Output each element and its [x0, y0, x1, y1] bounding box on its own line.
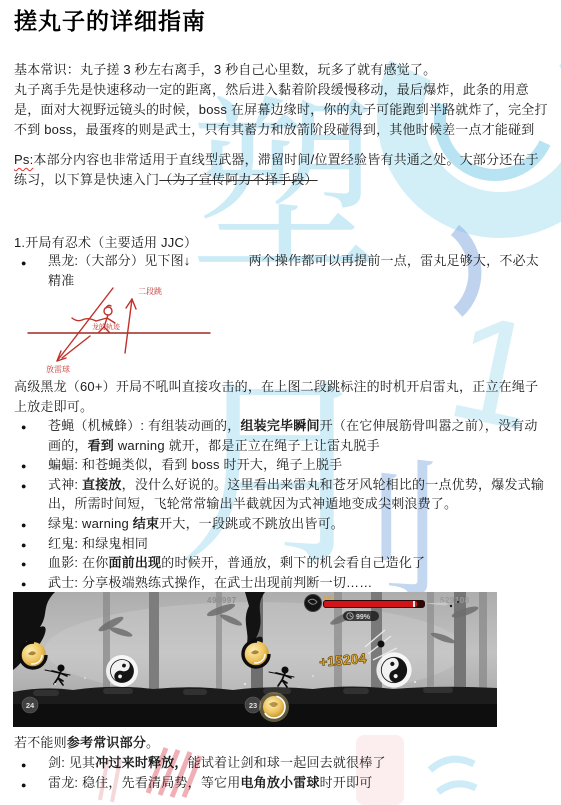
- list-item-text: 雷龙: 稳住，先看清局势，等它用电角放小雷球时开即可: [48, 775, 372, 790]
- paragraph-advanced-heilong: 高级黑龙（60+）开局不吼叫直接攻击的，在上图二段跳标注的时机开启雷丸，正立在绳…: [14, 377, 548, 417]
- list-item-jian: ●剑: 见其冲过来时释放，能试着让剑和球一起回去就很棒了: [14, 753, 548, 773]
- list-item-text: 式神: 直接放，没什么好说的。这里看出来雷丸和苍牙风轮相比的一点优势，爆发式输出…: [48, 477, 544, 512]
- list-item-text: 绿鬼: warning 结束开大，一段跳或不跳放出皆可。: [48, 516, 344, 531]
- list-item-cangying: ●苍蝇（机械蜂）: 有组装动画的，组装完毕瞬间开（在它伸展筋骨叫嚣之前），没有动…: [14, 416, 548, 455]
- outro-bullet-list: ●剑: 见其冲过来时释放，能试着让剑和球一起回去就很棒了 ●雷龙: 稳住，先看清…: [14, 753, 548, 793]
- combo-badge-left: 24: [22, 697, 38, 713]
- paragraph-ball-behavior: 丸子离手先是快速移动一定的距离，然后进入黏着阶段缓慢移动，最后爆炸，此条的用意是…: [14, 80, 548, 140]
- boss-level-label: Lv5: [324, 595, 333, 601]
- boss-hp-percent: 99%: [356, 614, 371, 621]
- list-item-text: 血影: 在你面前出现的时候开，普通放，剩下的机会看自己造化了: [48, 555, 425, 570]
- section-heading-ninjutsu: 1.开局有忍术（主要适用 JJC）: [14, 233, 548, 253]
- list-item-text: 苍蝇（机械蜂）: 有组装动画的，组装完毕瞬间开（在它伸展筋骨叫嚣之前），没有动画…: [48, 418, 538, 453]
- list-item-honggui: ●红鬼: 和绿鬼相同: [14, 534, 548, 554]
- list-item-leilong: ●雷龙: 稳住，先看清局势，等它用电角放小雷球时开即可: [14, 773, 548, 793]
- boss-avatar: [305, 595, 322, 612]
- label-dragon-path: 龙的轨迹: [92, 322, 121, 331]
- list-item-text: 剑: 见其冲过来时释放，能试着让剑和球一起回去就很棒了: [48, 755, 386, 770]
- list-item-text: 红鬼: 和绿鬼相同: [48, 536, 148, 551]
- badge-left-value: 24: [26, 701, 35, 710]
- paragraph-basics: 基本常识：丸子搓 3 秒左右离手，3 秒自己心里数，玩多了就有感觉了。: [14, 60, 548, 80]
- bullet-dot: ●: [21, 477, 27, 497]
- list-item-xueying: ●血影: 在你面前出现的时候开，普通放，剩下的机会看自己造化了: [14, 553, 548, 573]
- bullet-dot: ●: [21, 253, 27, 273]
- heilong-label: 黑龙:（大部分）见下图↓: [48, 253, 191, 268]
- combo-badge-center: 23: [245, 697, 261, 713]
- bullet-dot: ●: [21, 775, 27, 795]
- label-release-ball: 放雷球: [46, 364, 70, 374]
- outro-lead: 若不能则参考常识部分。: [14, 733, 548, 753]
- diagram-second-stroke: [62, 336, 90, 358]
- document-page: 塑 月 刂 1 搓丸子的详细指南 基本常识：丸子搓 3 秒左右离手，3 秒自己心…: [0, 0, 561, 805]
- label-double-jump: 二段跳: [138, 286, 162, 296]
- charging-thunder-ball-left: [20, 642, 46, 668]
- paragraph-ps: Ps:本部分内容也非常适用于直线型武器，滞留时间/位置经验皆有共通之处。大部分还…: [14, 150, 548, 190]
- list-item-text: 蝙蝠: 和苍蝇类似，看到 boss 时开大，绳子上脱手: [48, 457, 342, 472]
- bullet-dot: ●: [21, 418, 27, 438]
- page-title: 搓丸子的详细指南: [14, 6, 548, 36]
- bullet-dot: ●: [21, 755, 27, 775]
- list-item-lvgui: ●绿鬼: warning 结束开大，一段跳或不跳放出皆可。: [14, 514, 548, 534]
- score-left: 496997: [207, 596, 237, 605]
- gold-coin-orb: [259, 692, 289, 722]
- list-item-shishen: ●式神: 直接放，没什么好说的。这里看出来雷丸和苍牙风轮相比的一点优势，爆发式输…: [14, 475, 548, 514]
- list-item-wushi: ●武士: 分享极端熟练式操作，在武士出现前判断一切……: [14, 573, 548, 593]
- badge-center-value: 23: [249, 701, 257, 710]
- document-content: 搓丸子的详细指南 基本常识：丸子搓 3 秒左右离手，3 秒自己心里数，玩多了就有…: [0, 0, 561, 805]
- sketch-diagram: 二段跳 龙的轨迹 放雷球: [20, 281, 215, 377]
- list-item-bianfu: ●蝙蝠: 和苍蝇类似，看到 boss 时开大，绳子上脱手: [14, 455, 548, 475]
- charging-thunder-ball-center: [243, 641, 269, 667]
- list-item-text: 武士: 分享极端熟练式操作，在武士出现前判断一切……: [48, 575, 372, 590]
- enemy-bullet-list: ●苍蝇（机械蜂）: 有组装动画的，组装完毕瞬间开（在它伸展筋骨叫嚣之前），没有动…: [14, 416, 548, 592]
- game-screenshot: +15204 496997 529108 Lv5: [13, 592, 497, 727]
